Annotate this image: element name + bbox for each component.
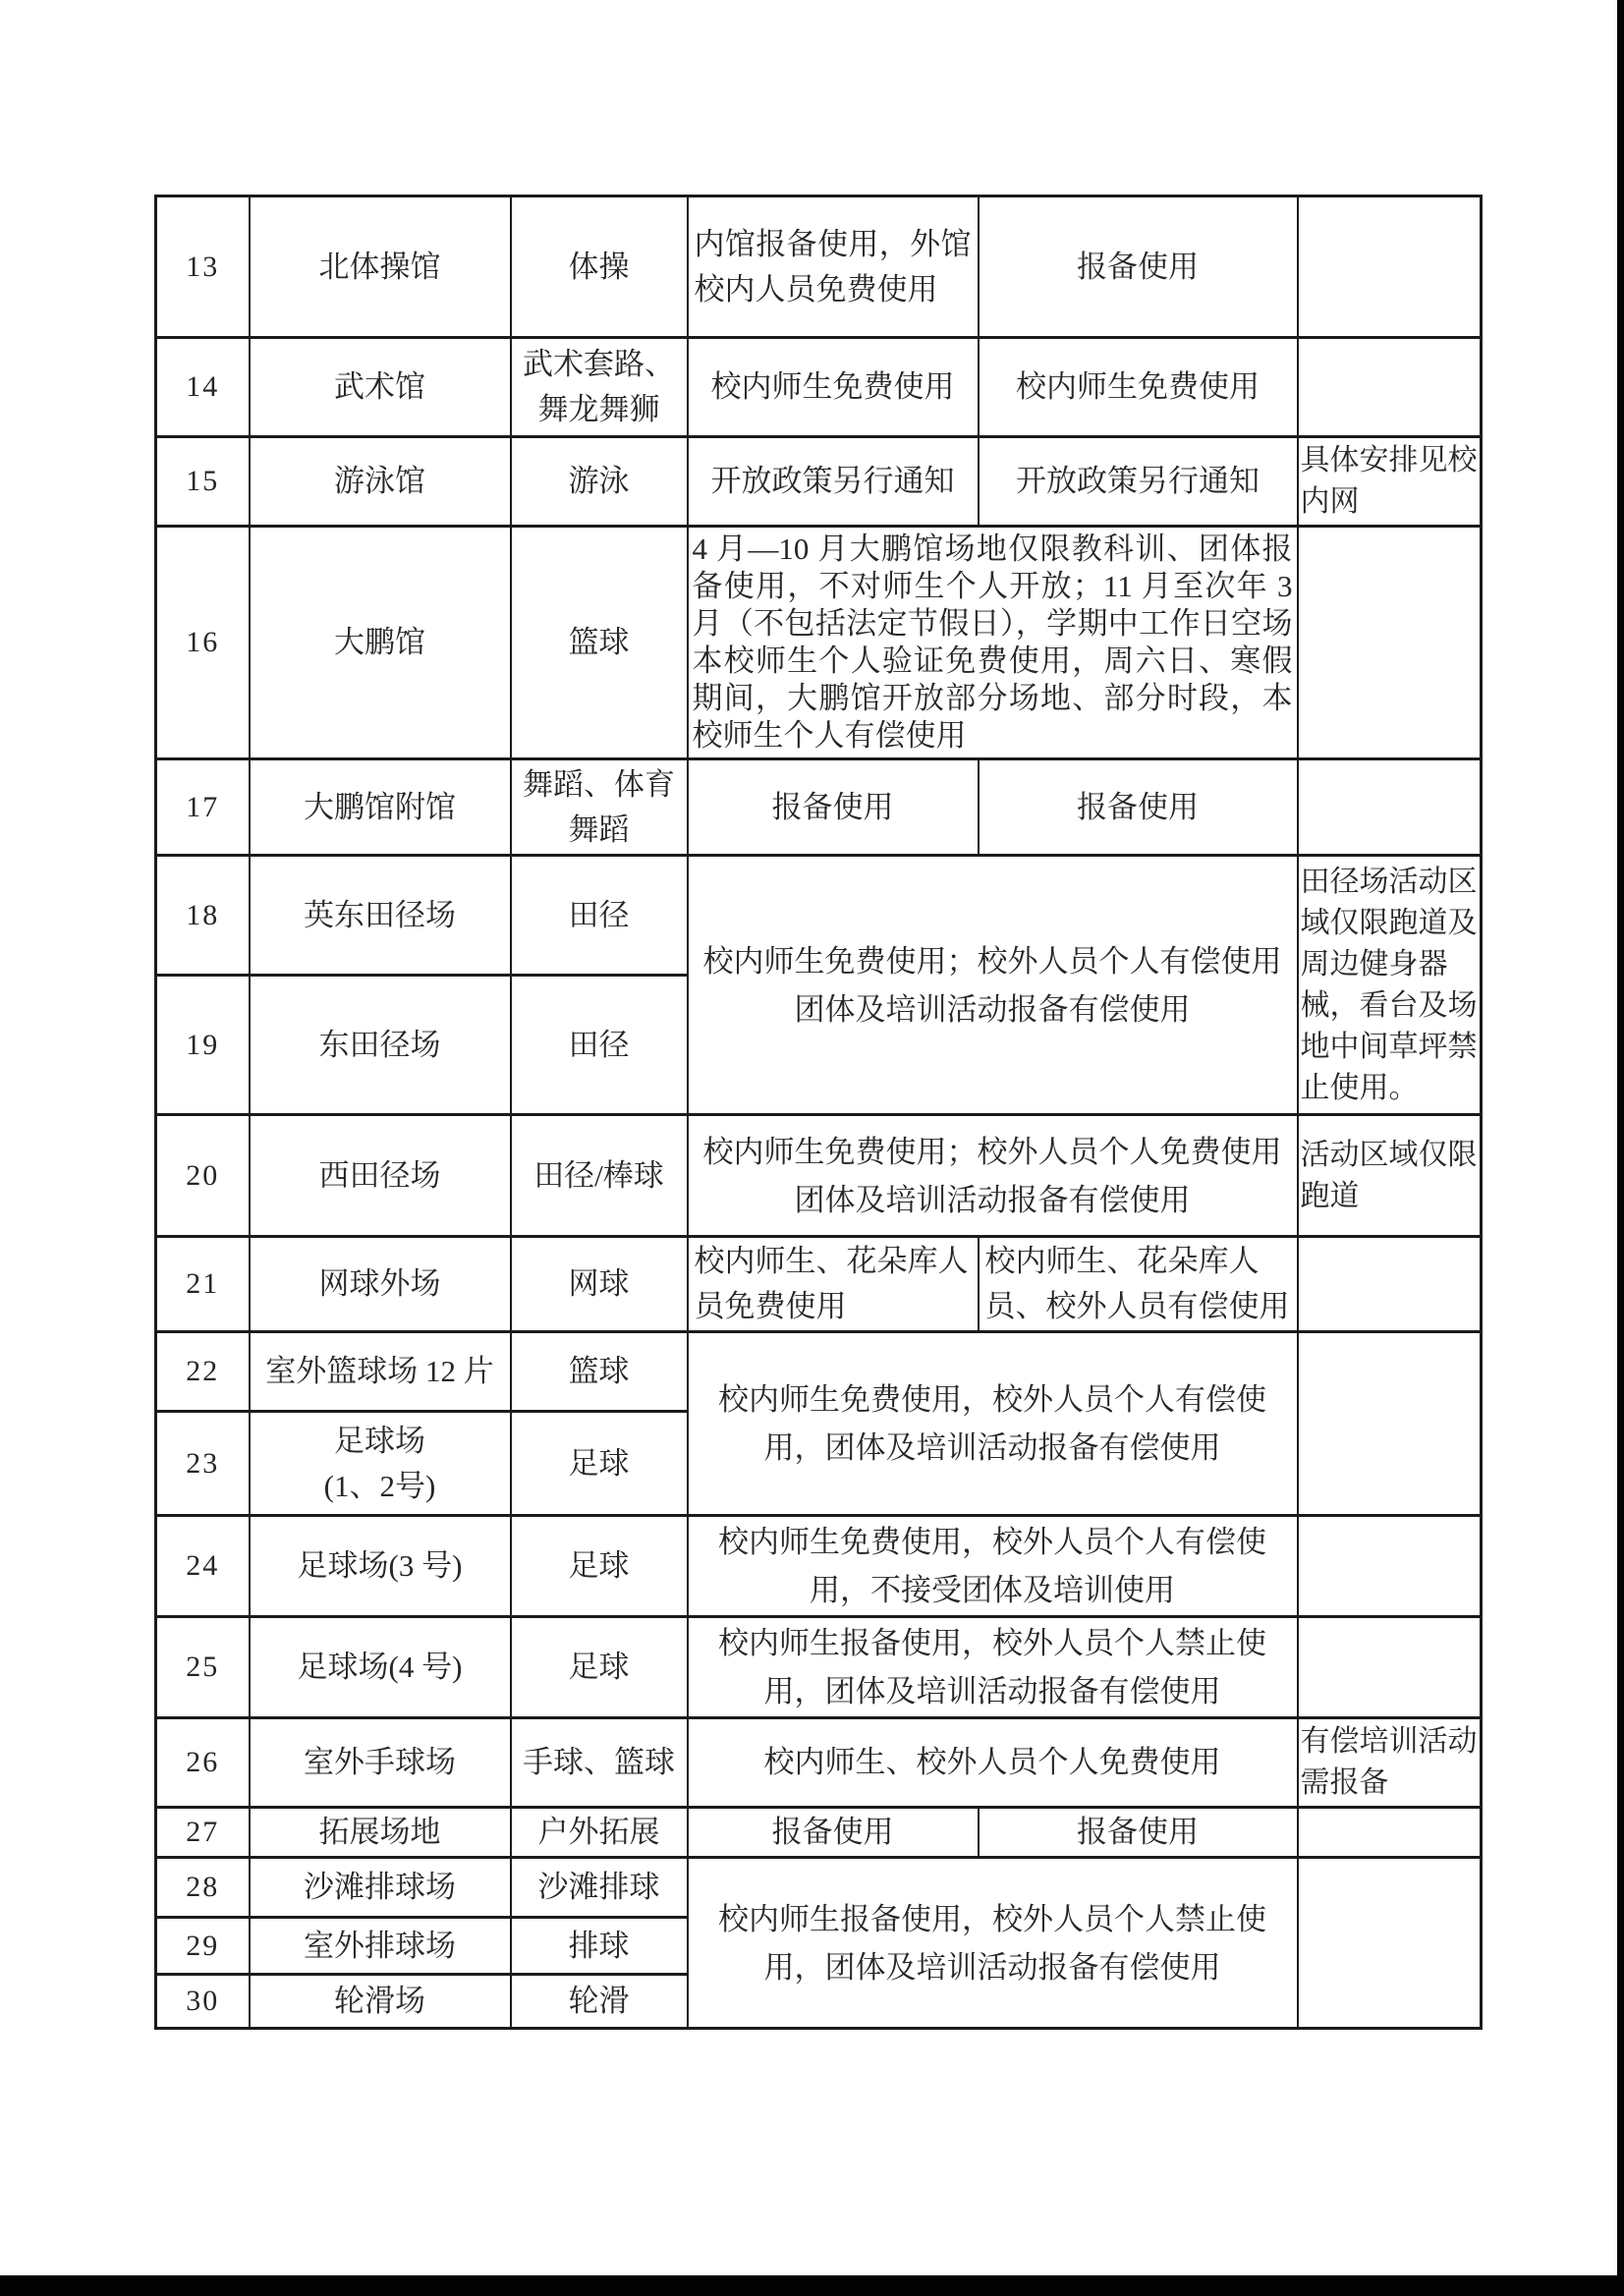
- table-row: 24 足球场(3 号) 足球 校内师生免费使用，校外人员个人有偿使用，不接受团体…: [156, 1516, 1482, 1617]
- cell-14-sport: 武术套路、舞龙舞狮: [511, 338, 688, 437]
- cell-30-sport: 轮滑: [511, 1975, 688, 2029]
- table-row: 13 北体操馆 体操 内馆报备使用，外馆 校内人员免费使用 报备使用: [156, 196, 1482, 338]
- cell-28-sport: 沙滩排球: [511, 1858, 688, 1918]
- cell-13-sport: 体操: [511, 196, 688, 338]
- cell-19-name: 东田径场: [250, 976, 511, 1115]
- cell-26-sport: 手球、篮球: [511, 1718, 688, 1808]
- cell-25-name: 足球场(4 号): [250, 1617, 511, 1718]
- table-row: 14 武术馆 武术套路、舞龙舞狮 校内师生免费使用 校内师生免费使用: [156, 338, 1482, 437]
- cell-15-policy-outside: 开放政策另行通知: [979, 437, 1298, 527]
- cell-20-sport: 田径/棒球: [511, 1115, 688, 1237]
- cell-13-no: 13: [156, 196, 250, 338]
- cell-13-policy-outside: 报备使用: [979, 196, 1298, 338]
- cell-21-sport: 网球: [511, 1237, 688, 1332]
- table-row: 22 室外篮球场 12 片 篮球 校内师生免费使用，校外人员个人有偿使用，团体及…: [156, 1332, 1482, 1412]
- cell-20-note: 活动区域仅限跑道: [1298, 1115, 1482, 1237]
- cell-15-policy-inside: 开放政策另行通知: [688, 437, 979, 527]
- table-row: 16 大鹏馆 篮球 4 月—10 月大鹏馆场地仅限教科训、团体报备使用，不对师生…: [156, 527, 1482, 759]
- cell-30-name: 轮滑场: [250, 1975, 511, 2029]
- table-row: 17 大鹏馆附馆 舞蹈、体育舞蹈 报备使用 报备使用: [156, 759, 1482, 856]
- cell-14-policy-inside: 校内师生免费使用: [688, 338, 979, 437]
- cell-29-no: 29: [156, 1918, 250, 1975]
- cell-16-sport: 篮球: [511, 527, 688, 759]
- cell-28-no: 28: [156, 1858, 250, 1918]
- cell-13-note: [1298, 196, 1482, 338]
- table-row: 27 拓展场地 户外拓展 报备使用 报备使用: [156, 1808, 1482, 1858]
- cell-22-23-note: [1298, 1332, 1482, 1516]
- cell-17-no: 17: [156, 759, 250, 856]
- cell-23-name: 足球场 (1、2号): [250, 1412, 511, 1516]
- scan-edge-bottom-bar: [0, 2275, 1624, 2296]
- cell-27-name: 拓展场地: [250, 1808, 511, 1858]
- table-row: 28 沙滩排球场 沙滩排球 校内师生报备使用，校外人员个人禁止使用，团体及培训活…: [156, 1858, 1482, 1918]
- cell-22-23-policy: 校内师生免费使用，校外人员个人有偿使用，团体及培训活动报备有偿使用: [688, 1332, 1298, 1516]
- cell-17-policy-outside: 报备使用: [979, 759, 1298, 856]
- cell-25-policy: 校内师生报备使用，校外人员个人禁止使用，团体及培训活动报备有偿使用: [688, 1617, 1298, 1718]
- cell-17-name: 大鹏馆附馆: [250, 759, 511, 856]
- cell-19-sport: 田径: [511, 976, 688, 1115]
- cell-27-no: 27: [156, 1808, 250, 1858]
- cell-14-no: 14: [156, 338, 250, 437]
- cell-14-note: [1298, 338, 1482, 437]
- cell-15-sport: 游泳: [511, 437, 688, 527]
- cell-18-name: 英东田径场: [250, 856, 511, 976]
- cell-29-name: 室外排球场: [250, 1918, 511, 1975]
- cell-16-note: [1298, 527, 1482, 759]
- cell-20-name: 西田径场: [250, 1115, 511, 1237]
- cell-26-name: 室外手球场: [250, 1718, 511, 1808]
- cell-17-sport: 舞蹈、体育舞蹈: [511, 759, 688, 856]
- cell-18-19-policy: 校内师生免费使用；校外人员个人有偿使用 团体及培训活动报备有偿使用: [688, 856, 1298, 1115]
- cell-21-no: 21: [156, 1237, 250, 1332]
- cell-16-no: 16: [156, 527, 250, 759]
- cell-15-name: 游泳馆: [250, 437, 511, 527]
- cell-22-name: 室外篮球场 12 片: [250, 1332, 511, 1412]
- cell-23-sport: 足球: [511, 1412, 688, 1516]
- cell-27-policy-outside: 报备使用: [979, 1808, 1298, 1858]
- cell-27-policy-inside: 报备使用: [688, 1808, 979, 1858]
- cell-21-policy-inside: 校内师生、花朵库人员免费使用: [688, 1237, 979, 1332]
- cell-30-no: 30: [156, 1975, 250, 2029]
- cell-21-note: [1298, 1237, 1482, 1332]
- cell-19-no: 19: [156, 976, 250, 1115]
- cell-18-19-note: 田径场活动区域仅限跑道及周边健身器械，看台及场地中间草坪禁止使用。: [1298, 856, 1482, 1115]
- facility-table: 13 北体操馆 体操 内馆报备使用，外馆 校内人员免费使用 报备使用 14 武术…: [154, 195, 1483, 2030]
- table-row: 26 室外手球场 手球、篮球 校内师生、校外人员个人免费使用 有偿培训活动需报备: [156, 1718, 1482, 1808]
- cell-25-no: 25: [156, 1617, 250, 1718]
- table-row: 20 西田径场 田径/棒球 校内师生免费使用；校外人员个人免费使用 团体及培训活…: [156, 1115, 1482, 1237]
- cell-27-note: [1298, 1808, 1482, 1858]
- cell-13-name: 北体操馆: [250, 196, 511, 338]
- cell-28-30-policy: 校内师生报备使用，校外人员个人禁止使用，团体及培训活动报备有偿使用: [688, 1858, 1298, 2029]
- cell-23-no: 23: [156, 1412, 250, 1516]
- cell-26-note: 有偿培训活动需报备: [1298, 1718, 1482, 1808]
- cell-25-sport: 足球: [511, 1617, 688, 1718]
- cell-25-note: [1298, 1617, 1482, 1718]
- cell-24-no: 24: [156, 1516, 250, 1617]
- cell-21-name: 网球外场: [250, 1237, 511, 1332]
- cell-29-sport: 排球: [511, 1918, 688, 1975]
- cell-21-policy-outside: 校内师生、花朵库人员、校外人员有偿使用: [979, 1237, 1298, 1332]
- cell-27-sport: 户外拓展: [511, 1808, 688, 1858]
- cell-20-policy: 校内师生免费使用；校外人员个人免费使用 团体及培训活动报备有偿使用: [688, 1115, 1298, 1237]
- cell-20-no: 20: [156, 1115, 250, 1237]
- cell-16-name: 大鹏馆: [250, 527, 511, 759]
- scan-edge-right-bar: [1617, 0, 1624, 2296]
- cell-24-note: [1298, 1516, 1482, 1617]
- cell-22-no: 22: [156, 1332, 250, 1412]
- table-row: 18 英东田径场 田径 校内师生免费使用；校外人员个人有偿使用 团体及培训活动报…: [156, 856, 1482, 976]
- cell-24-sport: 足球: [511, 1516, 688, 1617]
- table-row: 21 网球外场 网球 校内师生、花朵库人员免费使用 校内师生、花朵库人员、校外人…: [156, 1237, 1482, 1332]
- cell-14-name: 武术馆: [250, 338, 511, 437]
- cell-24-name: 足球场(3 号): [250, 1516, 511, 1617]
- cell-16-policy: 4 月—10 月大鹏馆场地仅限教科训、团体报备使用，不对师生个人开放；11 月至…: [688, 527, 1298, 759]
- cell-13-policy-inside: 内馆报备使用，外馆 校内人员免费使用: [688, 196, 979, 338]
- cell-22-sport: 篮球: [511, 1332, 688, 1412]
- cell-24-policy: 校内师生免费使用，校外人员个人有偿使用，不接受团体及培训使用: [688, 1516, 1298, 1617]
- table-row: 25 足球场(4 号) 足球 校内师生报备使用，校外人员个人禁止使用，团体及培训…: [156, 1617, 1482, 1718]
- table-row: 15 游泳馆 游泳 开放政策另行通知 开放政策另行通知 具体安排见校内网: [156, 437, 1482, 527]
- cell-28-30-note: [1298, 1858, 1482, 2029]
- scan-page: 13 北体操馆 体操 内馆报备使用，外馆 校内人员免费使用 报备使用 14 武术…: [0, 0, 1624, 2296]
- cell-18-no: 18: [156, 856, 250, 976]
- cell-26-policy: 校内师生、校外人员个人免费使用: [688, 1718, 1298, 1808]
- cell-14-policy-outside: 校内师生免费使用: [979, 338, 1298, 437]
- cell-15-no: 15: [156, 437, 250, 527]
- cell-28-name: 沙滩排球场: [250, 1858, 511, 1918]
- cell-18-sport: 田径: [511, 856, 688, 976]
- cell-15-note: 具体安排见校内网: [1298, 437, 1482, 527]
- cell-17-note: [1298, 759, 1482, 856]
- cell-17-policy-inside: 报备使用: [688, 759, 979, 856]
- cell-26-no: 26: [156, 1718, 250, 1808]
